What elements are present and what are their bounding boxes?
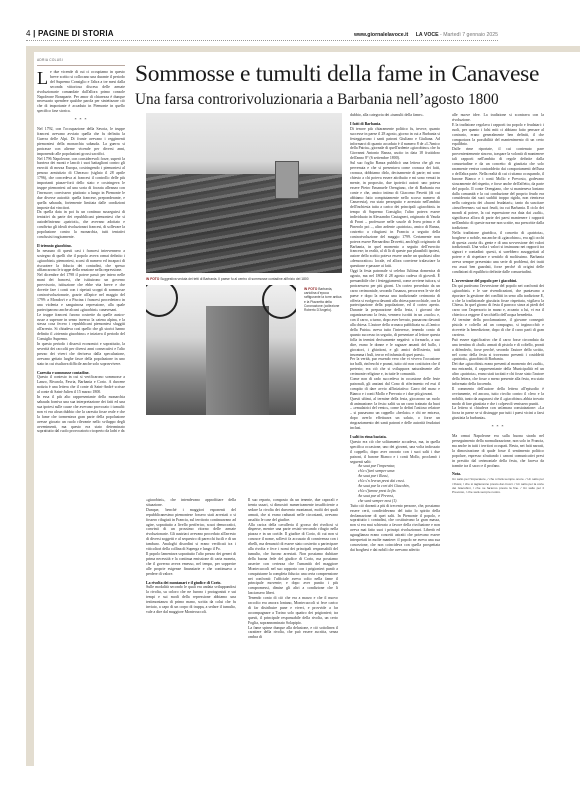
paragraph: E la tradizione regolava i rapporti tra …	[452, 123, 544, 148]
text-column-1: Le due vicende di cui ci occupiamo in qu…	[37, 70, 125, 750]
text-column-5: alle nuove idee. La tradizione si scontr…	[452, 113, 544, 750]
paragraph: «giacobini», che intendevano approfittar…	[146, 498, 236, 508]
author-byline: Adria Colusi	[37, 58, 125, 66]
intro-paragraph: e due vicende di cui ci occupiamo in que…	[37, 70, 125, 113]
paragraph: Come non di rado succedeva in occasione …	[350, 377, 440, 397]
paragraph: Le truppe francesi furono costrette da q…	[37, 313, 125, 342]
rooftops-image	[146, 174, 342, 273]
paragraph: Dalle rime riportate, il cui contenuto p…	[452, 147, 544, 230]
paragraph: Il suo reparto, composto da un tenente, …	[248, 498, 338, 523]
paragraph: Sul suo foglio Ranza pubblicò una letter…	[350, 161, 440, 269]
section-label: 4 | PAGINE DI STORIA	[26, 29, 114, 38]
paragraph: Dei due «giacobini» erano presenti al mo…	[452, 362, 544, 387]
paragraph: Può essere significativo che il carro fo…	[452, 338, 544, 363]
article-subtitle: Una farsa controrivoluzionaria a Barbani…	[135, 91, 499, 109]
paragraph: La fame spinse dunque alla delusione, e …	[248, 626, 338, 641]
separator: |	[31, 29, 38, 38]
paragraph: Per la verità, pur essendo vero che vi v…	[350, 357, 440, 377]
paragraph: dubbio, alla categoria dei «tumulti dell…	[350, 113, 440, 118]
section-divider: * * *	[37, 118, 125, 123]
paragraph: Alla carica della cavalleria il grosso d…	[248, 523, 338, 597]
caption-tag: IN FOTO	[146, 277, 159, 281]
drop-cap: L	[37, 71, 48, 86]
tower-image	[275, 161, 299, 199]
paragraph: Tenendo conto di ciò che era a marzo e c…	[248, 596, 338, 625]
paragraph: Di tenore più chiaramente politico fu, i…	[350, 127, 440, 161]
paragraph: In essa il più alto rappresentante della…	[37, 395, 125, 434]
paragraph: Dunque, benché i maggiori esponenti del …	[146, 508, 236, 552]
photo-caption-1: IN FOTO Suggestiva veduta dei tetti di B…	[146, 277, 346, 281]
section-title: PAGINE DI STORIA	[38, 29, 114, 38]
paragraph: Nella tradizione giuridica, il concetto …	[452, 231, 544, 275]
newspaper-name: LA VOCE	[416, 32, 439, 38]
website-link[interactable]: www.giornalelavoce.it	[354, 32, 408, 38]
caption-text: Suggestiva veduta dei tetti di Barbania.…	[160, 277, 308, 281]
article-title: Sommosse e tumulti della fame in Canaves…	[135, 61, 539, 88]
paragraph: La lettera si chiudeva con un'amara cons…	[452, 406, 544, 421]
paragraph: Questi ultimi, al termine della festa, g…	[350, 397, 440, 431]
paragraph: alle nuove idee. La tradizione si scontr…	[452, 113, 544, 123]
paragraph: Da qui partivano l'avversione del popolo…	[452, 284, 544, 318]
dialect-verse: An saut par l'imperatur, ch'a s'farò sem…	[350, 464, 440, 503]
photo-rooftops-barbania	[146, 113, 342, 273]
paragraph: Tutto ciò davanti a più di trecento pers…	[350, 504, 440, 553]
paragraph: Questo era ciò che solitamente accadeva,…	[350, 440, 440, 465]
paragraph: Questo il contesto in cui si verificaron…	[37, 375, 125, 395]
text-column-2: «giacobini», che intendevano approfittar…	[146, 498, 236, 748]
issue-date: - Martedì 7 gennaio 2025	[440, 32, 498, 38]
paragraph: In questo periodo i dissesti economici e…	[37, 342, 125, 367]
tower-building-image	[206, 306, 269, 415]
paragraph: Nel 1796 Napoleone, con considerevoli fo…	[37, 157, 125, 211]
page-header: 4 | PAGINE DI STORIA www.giornalelavoce.…	[26, 26, 498, 41]
masthead-info: www.giornalelavoce.it LA VOCE - Martedì …	[354, 32, 498, 38]
paragraph: Nel 1792, con l'occupazione della Savoia…	[37, 127, 125, 156]
text-column-4: dubbio, alla categoria dei «tumulti dell…	[350, 113, 440, 750]
photo-postcard-tower	[146, 285, 296, 415]
paragraph: Ma ormai Napoleone era sulla buona strad…	[452, 434, 544, 468]
paragraph: Sulle modalità secondo le quali era anda…	[146, 585, 236, 614]
paragraph: Oggi la festa patronale si celebra l'ult…	[350, 269, 440, 357]
note-text: Un salto per l'imperatore, / che si farà…	[452, 477, 544, 494]
postmark-stamp-icon	[146, 285, 178, 317]
postmark-stamp-icon	[262, 285, 296, 319]
paragraph: Da quella data in poi fu un continuo sus…	[37, 210, 125, 239]
photo-caption-2: IN FOTO Barbania, cartolina d'epoca raff…	[304, 287, 344, 312]
paragraph: Nel dicembre del 1798 il potere passò pe…	[37, 273, 125, 312]
section-divider: * * *	[452, 425, 544, 430]
paragraph: Il commento dell'autore della lettera al…	[452, 387, 544, 407]
paragraph: In nessuno di questi casi i francesi int…	[37, 249, 125, 274]
text-column-3: Il suo reparto, composto da un tenente, …	[248, 498, 338, 748]
caption-text: Barbania, cartolina d'epoca raffigurante…	[304, 287, 342, 312]
paragraph: Il popolo lamentava soprattutto l'alto p…	[146, 552, 236, 577]
paragraph: Al termine della proclamazione, il giova…	[452, 318, 544, 338]
